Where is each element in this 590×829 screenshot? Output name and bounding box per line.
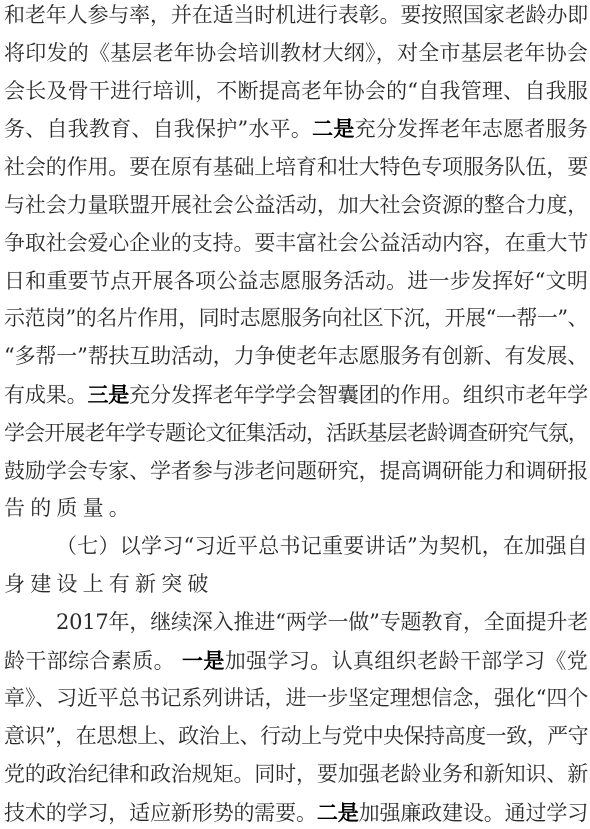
text-line: 将印发的《基层老年协会培训教材大纲》，对全市基层老年协会 bbox=[4, 35, 588, 73]
text-segment: 争取社会爱心企业的支持。要丰富社会公益活动内容，在重大节 bbox=[4, 231, 588, 255]
text-segment: 加强廉政建设。通过学习 bbox=[359, 801, 588, 825]
text-line: 鼓励学会专家、学者参与涉老问题研究，提高调研能力和调研报 bbox=[4, 453, 588, 491]
text-segment: 意识”，在思想上、政治上、行动上与党中央保持高度一致，严守 bbox=[4, 724, 588, 748]
heading-text: （七）以学习“习近平总书记重要讲话”为契机，在加强自 bbox=[56, 534, 588, 558]
text-segment: 充分发挥老年志愿者服务 bbox=[355, 117, 588, 141]
section-heading-seven: （七）以学习“习近平总书记重要讲话”为契机，在加强自 身建设上有新突破 bbox=[4, 528, 588, 604]
text-line: 会长及骨干进行培训，不断提高老年协会的“自我管理、自我服 bbox=[4, 73, 588, 111]
bold-point-marker: 二是 bbox=[317, 800, 359, 825]
text-line: 2017年，继续深入推进“两学一做”专题教育，全面提升老 bbox=[4, 604, 588, 642]
text-segment: 与社会力量联盟开展社会公益活动，加大社会资源的整合力度， bbox=[4, 193, 588, 217]
paragraph-community-service: 和老年人参与率，并在适当时机进行表彰。要按照国家老龄办即 将印发的《基层老年协会… bbox=[4, 0, 588, 528]
text-segment: 将印发的《基层老年协会培训教材大纲》，对全市基层老年协会 bbox=[4, 41, 588, 65]
text-segment: 党的政治纪律和政治规矩。同时，要加强老龄业务和新知识、新 bbox=[4, 762, 588, 786]
text-line: “多帮一”帮扶互助活动，力争使老年志愿服务有创新、有发展、 bbox=[4, 338, 588, 376]
text-segment: 充分发挥老年学学会智囊团的作用。组织市老年学 bbox=[129, 383, 588, 407]
text-segment: 加强学习。认真组织老龄干部学习《党 bbox=[225, 649, 588, 673]
text-line: 章》、习近平总书记系列讲话，进一步坚定理想信念，强化“四个 bbox=[4, 680, 588, 718]
text-line: 争取社会爱心企业的支持。要丰富社会公益活动内容，在重大节 bbox=[4, 225, 588, 263]
text-line: 意识”，在思想上、政治上、行动上与党中央保持高度一致，严守 bbox=[4, 718, 588, 756]
text-segment: 示范岗”的名片作用，同时志愿服务向社区下沉，开展“一帮一”、 bbox=[4, 306, 588, 330]
text-segment: 会长及骨干进行培训，不断提高老年协会的“自我管理、自我服 bbox=[4, 79, 588, 103]
text-segment: 有成果。 bbox=[4, 383, 87, 407]
text-segment: 龄干部综合素质。 bbox=[4, 649, 182, 673]
text-segment: 务、自我教育、自我保护”水平。 bbox=[4, 117, 312, 141]
text-line: 龄干部综合素质。 一是加强学习。认真组织老龄干部学习《党 bbox=[4, 642, 588, 681]
text-segment: 章》、习近平总书记系列讲话，进一步坚定理想信念，强化“四个 bbox=[4, 686, 588, 710]
text-line: 务、自我教育、自我保护”水平。二是充分发挥老年志愿者服务 bbox=[4, 110, 588, 149]
text-segment: 学会开展老年学专题论文征集活动，活跃基层老龄调查研究气氛， bbox=[4, 421, 588, 445]
heading-line: （七）以学习“习近平总书记重要讲话”为契机，在加强自 bbox=[4, 528, 588, 566]
paragraph-self-building: 2017年，继续深入推进“两学一做”专题教育，全面提升老 龄干部综合素质。 一是… bbox=[4, 604, 588, 829]
text-segment: 技术的学习，适应新形势的需要。 bbox=[4, 801, 317, 825]
text-line: 和老年人参与率，并在适当时机进行表彰。要按照国家老龄办即 bbox=[4, 0, 588, 35]
heading-line: 身建设上有新突破 bbox=[4, 566, 588, 604]
text-segment: 2017年，继续深入推进“两学一做”专题教育，全面提升老 bbox=[56, 610, 588, 634]
bold-point-marker: 三是 bbox=[87, 382, 129, 407]
text-segment: 告的质量。 bbox=[4, 496, 135, 520]
bold-point-marker: 一是 bbox=[182, 648, 225, 673]
text-segment: 鼓励学会专家、学者参与涉老问题研究，提高调研能力和调研报 bbox=[4, 459, 588, 483]
heading-text: 身建设上有新突破 bbox=[4, 572, 214, 596]
text-line: 日和重要节点开展各项公益志愿服务活动。进一步发挥好“文明 bbox=[4, 263, 588, 301]
text-segment: 社会的作用。要在原有基础上培育和壮大特色专项服务队伍，要 bbox=[4, 155, 588, 179]
text-segment: 和老年人参与率，并在适当时机进行表彰。要按照国家老龄办即 bbox=[4, 3, 588, 27]
text-segment: “多帮一”帮扶互助活动，力争使老年志愿服务有创新、有发展、 bbox=[4, 344, 588, 368]
text-line: 学会开展老年学专题论文征集活动，活跃基层老龄调查研究气氛， bbox=[4, 415, 588, 453]
text-line: 社会的作用。要在原有基础上培育和壮大特色专项服务队伍，要 bbox=[4, 149, 588, 187]
text-line: 技术的学习，适应新形势的需要。二是加强廉政建设。通过学习 bbox=[4, 794, 588, 829]
text-line: 告的质量。 bbox=[4, 490, 588, 528]
text-segment: 日和重要节点开展各项公益志愿服务活动。进一步发挥好“文明 bbox=[4, 269, 588, 293]
bold-point-marker: 二是 bbox=[312, 116, 354, 141]
text-line: 示范岗”的名片作用，同时志愿服务向社区下沉，开展“一帮一”、 bbox=[4, 300, 588, 338]
text-line: 党的政治纪律和政治规矩。同时，要加强老龄业务和新知识、新 bbox=[4, 756, 588, 794]
text-line: 与社会力量联盟开展社会公益活动，加大社会资源的整合力度， bbox=[4, 187, 588, 225]
document-page: 和老年人参与率，并在适当时机进行表彰。要按照国家老龄办即 将印发的《基层老年协会… bbox=[4, 0, 588, 829]
text-line: 有成果。三是充分发挥老年学学会智囊团的作用。组织市老年学 bbox=[4, 376, 588, 415]
